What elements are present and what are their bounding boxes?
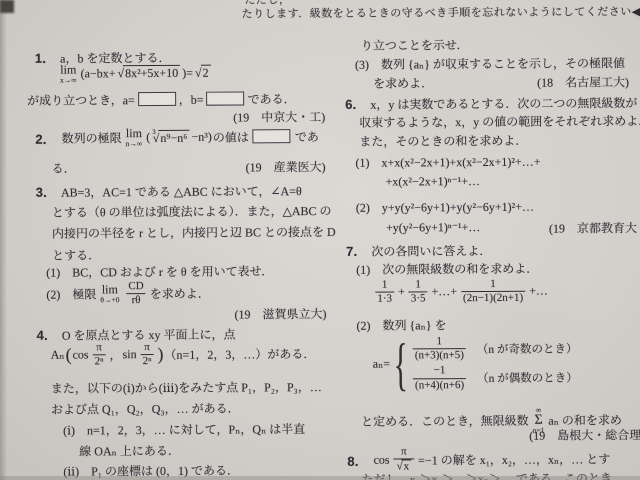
problem-4-text: (ⅰ) n=1，2，3，… に対して，Pₙ，Qₙ は半直 [63,422,305,437]
answer-text: が成り立つとき，a= [27,93,135,108]
problem-3-source: (19 滋賀県立大) [234,305,326,323]
series-formula: (1) x+x(x²−2x+1)+x(x²−2x+1)²+…+ [355,155,540,170]
problem-6-part1-wrap: +x(x²−2x+1)ⁿ⁻¹+… [386,174,480,190]
case-rows: 1(n+3)(n+5) （n が奇数のとき） −1(n+4)(n+6) （n が… [410,332,578,394]
problem-3-text: とする（θ の単位は弧度法による）．また，△ABC の [52,204,332,220]
scanned-textbook-page: ただし， たりします．級数をとるときの守るべき手順を忘れないようにしてください◀… [0,0,640,480]
open-paren: ( [65,345,71,366]
problem-2-text: であ [295,128,319,145]
problem-2-number: 2． [35,128,55,147]
problem-5-continuation: り立つことを示せ． [361,36,469,54]
formula-text: + [398,285,405,300]
problem-4-text: 線 OAₙ 上にある． [79,444,180,459]
series-formula: +x(x²−2x+1)ⁿ⁻¹+… [386,174,480,189]
fraction: π2ⁿ [140,341,153,368]
problem-6-text: 収束するような，x，y の値の範囲をそれぞれ求めよ． [359,114,640,130]
formula-text: cos [374,452,390,467]
formula-text: cos [73,348,89,363]
formula-text: sin [122,347,136,362]
problem-3-number: 3． [36,185,56,200]
problem-3-text: (1) BC，CD および r を θ を用いて表せ． [46,264,273,279]
source-text: (18 名古屋工大) [537,75,629,90]
formula-text: aₙ= [373,356,390,371]
problem-8-number: 8． [347,450,367,469]
problem-6-line2: 収束するような，x，y の値の範囲をそれぞれ求めよ． [359,112,640,131]
problem-3-text: 内接円の半径を r とし，内接円と辺 BC との接点を D [52,225,336,241]
formula-text: +…+ [431,284,457,299]
fraction: π2ⁿ [92,341,105,368]
problem-1-number: 1． [35,51,55,66]
problem-5-text: (3) 数列 {aₙ} が収束することを示し，その極限値 [355,56,625,72]
case-even: −1(n+4)(n+6) （n が偶数のとき） [410,364,578,392]
close-paren: ) [157,344,163,365]
problem-3-text: とする． [52,248,100,262]
fraction: 11·3 [375,279,394,306]
source-text: (19 中京大・工) [233,110,325,125]
header-note-line2: たりします．級数をとるときの守るべき手順を忘れないようにしてください◀ [242,3,640,21]
fraction: 13·5 [409,278,428,305]
problem-4-point-definition: Aₙ ( cos π2ⁿ ， sin π2ⁿ ) （n=1，2，3，…）がある． [51,340,316,369]
header-text-run: たりします．級数をとるときの守るべき手順を忘れないようにしてください [242,6,632,20]
problem-1-answer-line: が成り立つとき，a=，b=である． [27,90,296,109]
formula-text: ( [146,130,150,145]
problem-6-part2: (2) y+y(y²−6y+1)+y(y²−6y+1)²+… [356,198,534,216]
problem-5-part3-wrap: を求めよ． [373,74,433,91]
problem-3-text: (2) 極限 [46,286,96,303]
problem-1-source: (19 中京大・工) [233,108,325,126]
problem-7-series-formula: 11·3 + 13·5 +…+ 1(2n−1)(2n+1) +… [372,278,548,306]
problem-5-source: (18 名古屋工大) [537,73,629,91]
problem-7-text: (1) 次の無限級数の和を求めよ． [356,262,538,277]
source-text: (19 産業医大) [246,160,326,174]
problem-6-number: 6． [345,97,365,112]
problem-2-text: 数列の極限 [62,129,122,146]
limit-operator: limθ→+0 [100,284,119,305]
source-text: (19 島根大・総合理 [529,428,640,443]
problem-2-heading: 2． 数列の極限 limn→∞ ( 3√n⁹−n⁶ −n³) の値は であ [35,126,319,148]
fraction: −1(n+4)(n+6) [413,364,466,392]
problem-8-text: =−1 の解を x₁，x₂，…，xₙ，… とす [418,450,610,468]
limit-operator: limx→∞ [60,63,77,84]
problem-3-part2: (2) 極限 limθ→+0 CDrθ を求めよ． [46,280,210,308]
problem-4-condition-i: (ⅰ) n=1，2，3，… に対して，Pₙ，Qₙ は半直 [63,420,305,438]
answer-text: である． [248,92,296,106]
problem-4-number: 4． [37,328,57,343]
answer-text: ，b= [179,93,204,107]
problem-2-wrap-line: る． [52,159,76,176]
series-formula: (2) y+y(y²−6y+1)+y(y²−6y+1)²+… [356,200,534,215]
source-text: (19 滋賀県立大) [234,307,326,322]
cube-root: 3√n⁹−n⁶ [152,128,189,146]
problem-7-part1: (1) 次の無限級数の和を求めよ． [356,260,538,278]
problem-5-text: り立つことを示せ． [361,38,469,53]
fraction: 1(n+3)(n+5) [413,335,466,363]
problem-4-line3: また，以下の(ⅰ)から(ⅲ)をみたす点 P₁，P₂，P₃，… [51,378,322,397]
fraction: CDrθ [126,280,145,307]
formula-text: （n=1，2，3，…）がある． [164,345,315,363]
formula-text: +… [529,284,548,299]
source-text: (19 京都教育大 [549,221,637,236]
problem-7-source: (19 島根大・総合理 [529,426,640,444]
problem-6-heading: 6．x，y は実数であるとする．次の二つの無限級数が [345,92,637,113]
problem-6-source: (19 京都教育大 [549,219,637,237]
problem-7-heading: 7．次の各問いに答えよ． [346,240,491,260]
problem-5-part3: (3) 数列 {aₙ} が収束することを示し，その極限値 [355,54,625,73]
answer-box [253,129,291,143]
fraction: 1(2n−1)(2n+1) [461,278,525,306]
square-root: √2 [195,65,211,81]
answer-box [206,91,244,105]
problem-3-text: を求めよ． [150,285,210,302]
problem-4-text: また，以下の(ⅰ)から(ⅲ)をみたす点 P₁，P₂，P₃，… [51,380,322,396]
case-label: （n が奇数のとき） [477,340,578,357]
problem-3-part1: (1) BC，CD および r を θ を用いて表せ． [46,262,273,280]
problem-4-text: および点 Q₁，Q₂，Q₃，… がある． [51,401,240,416]
problem-7-sequence-definition: aₙ= { 1(n+3)(n+5) （n が奇数のとき） −1(n+4)(n+6… [373,332,578,394]
page-bottom-edge-shadow [0,476,640,480]
problem-3-line4: とする． [52,246,100,263]
formula-text: −n³) [191,129,211,144]
problem-6-text: また，そのときの和を求めよ． [359,134,527,149]
problem-6-line3: また，そのときの和を求めよ． [359,132,527,150]
problem-7-text: と定める．このとき，無限級数 [361,412,529,430]
square-root: √8x²+5x+10 [117,65,180,81]
problem-6-part1: (1) x+x(x²−2x+1)+x(x²−2x+1)²+…+ [355,153,540,171]
problem-3-text: AB=3，AC=1 である △ABC において，∠A=θ [61,184,302,199]
problem-7-text: 次の各問いに答えよ． [371,244,491,259]
problem-1-limit-formula: limx→∞ (a−bx+ √8x²+5x+10 )= √2 [57,63,212,84]
formula-text: ， [109,346,121,363]
formula-text: )= [182,66,193,81]
left-pointer-icon: ◀ [632,6,640,18]
problem-5-text: を求めよ． [373,76,433,90]
problem-2-text: る． [52,161,76,175]
problem-3-line3: 内接円の半径を r とし，内接円と辺 BC との接点を D [52,223,336,242]
problem-3-heading: 3．AB=3，AC=1 である △ABC において，∠A=θ [36,180,302,201]
page-content: ただし， たりします．級数をとるときの守るべき手順を忘れないようにしてください◀… [0,0,640,480]
formula-text: Aₙ [51,348,65,363]
problem-6-text: x，y は実数であるとする．次の二つの無限級数が [370,96,637,112]
problem-4-condition-i-wrap: 線 OAₙ 上にある． [79,442,180,460]
problem-3-line2: とする（θ の単位は弧度法による）．また，△ABC の [52,202,332,221]
answer-box [138,92,176,106]
case-odd: 1(n+3)(n+5) （n が奇数のとき） [410,334,578,362]
formula-text: (a−bx+ [81,66,116,81]
case-label: （n が偶数のとき） [477,369,578,386]
problem-6-part2-wrap: +y(y²−6y+1)ⁿ⁻¹+… [386,220,480,236]
case-brace: { [394,339,408,388]
limit-operator: limn→∞ [126,127,143,148]
problem-2-source: (19 産業医大) [246,158,326,175]
problem-4-line4: および点 Q₁，Q₂，Q₃，… がある． [51,399,240,417]
series-formula: +y(y²−6y+1)ⁿ⁻¹+… [386,220,480,235]
problem-7-number: 7． [346,244,366,259]
problem-2-text: の値は [213,128,249,145]
